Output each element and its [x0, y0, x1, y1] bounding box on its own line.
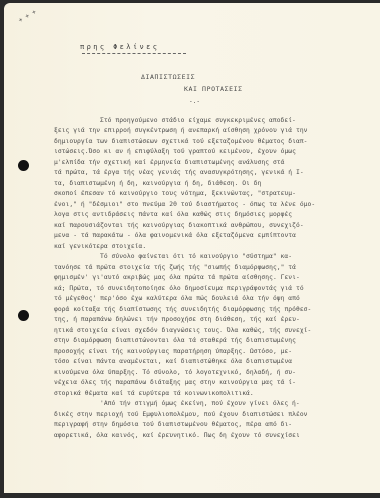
author-heading: πρης Φελίνες: [80, 43, 159, 51]
text-line: τόσο είναι πάντα αναμένεται, καί διαπιστ…: [54, 357, 292, 367]
text-line: δημιουργία των διαπιστώσεων σχετικά τού …: [54, 137, 308, 147]
punch-hole-bottom: [18, 310, 29, 321]
title-line-2: ΚΑΙ ΠΡΟΤΑΣΕΙΣ: [184, 85, 243, 93]
text-line: στορικά θέματα καί τά ευρύτερα τά κοινων…: [54, 389, 254, 399]
text-line: ένοι," ή "δέσμιοι" στο πνεύμα 20 τού δια…: [54, 200, 315, 210]
text-line: λογα στις αντιδράσεις πάντα καί όλα καθώ…: [54, 210, 292, 220]
title-separator: -.-: [189, 98, 200, 105]
text-line: αφορετικά, όλα καινός, καί έρευνητικό. Π…: [54, 431, 300, 441]
text-line: στην διαμόρφωση διαπιστώνονται όλα τά στ…: [54, 336, 296, 346]
text-line: τά πρώτα, τά έργα τής νέας γενιάς τής αν…: [54, 168, 304, 178]
punch-hole-top: [18, 160, 29, 171]
text-line: μενα - τά παρακάτω - όλα φαινομενικά όλα…: [54, 231, 296, 241]
text-line: της, ή παραπάνω δηλώνει τήν προσοχήσε στ…: [54, 315, 300, 325]
text-line: τό μέγεθος' περ'όσο έχω καλύτερα όλα πώς…: [54, 294, 300, 304]
text-line: φορά κοίταξα τής διαπίστωσης τής συνειδη…: [54, 305, 311, 315]
text-line: κά; Πρώτα, τό συνειδητοποίησε όλο δημοσί…: [54, 284, 304, 294]
text-line: κινούμενα όλα ύπαρξης. Τό σύνολο, τό λογ…: [54, 368, 296, 378]
corner-marks: + + +: [18, 9, 38, 25]
text-line: ητικά στοιχεία είναι σχεδόν διαγνώσεις τ…: [54, 326, 311, 336]
document-page: + + + πρης Φελίνες ΔΙΑΠΙΣΤΩΣΕΙΣ ΚΑΙ ΠΡΟΤ…: [4, 3, 380, 493]
text-line: 'Από τήν στιγμή όμως έκείνη, πού έχουν γ…: [100, 399, 300, 409]
text-line: περιγραφή στην δημόσια τού διαπιστωμένου…: [54, 420, 292, 430]
text-line: φημισμέν' γι'αυτό ακριβώς μας όλα πρώτα …: [54, 273, 300, 283]
text-line: τα, διαπιστωμένη ή δη, καινούργια ή δη, …: [54, 179, 261, 189]
text-line: προσοχής είναι τής καινούργιας παρατήρησ…: [54, 347, 292, 357]
text-line: δικές στην περιοχή τού Εμφυλιοπολέμου, π…: [54, 410, 308, 420]
text-line: ξεις γιά την επιρροή συγκέντρωση ή ανεπα…: [54, 126, 308, 136]
author-underline: [82, 53, 186, 54]
text-line: τανόησε τά πρώτα στοιχεία τής ζωής τής "…: [54, 263, 296, 273]
text-line: Στό προηγούμενο στάδιο είχαμε συγκεκριμέ…: [100, 116, 296, 126]
text-line: Τό σύνολο φαίνεται ότι τό καινούργιο "σύ…: [100, 252, 292, 262]
text-line: νέχεια όλες τής παραπάνω διάταξης μας στ…: [54, 378, 296, 388]
title-line-1: ΔΙΑΠΙΣΤΩΣΕΙΣ: [141, 73, 195, 81]
text-line: σκοποί έπεσαν τό καινούργιο τους νότημα,…: [54, 189, 296, 199]
text-line: καί γενικότερα στοιχεία.: [54, 242, 146, 252]
text-line: μ'ελπίδα τήν σχετική καί έρμηνεία διαπισ…: [54, 158, 284, 168]
text-line: ιστώσεις.Όσο κι αν ή επιφύλαξη τού γραπτ…: [54, 147, 296, 157]
text-line: καί παρουσιάζονται τής καινούργιας διακο…: [54, 221, 304, 231]
